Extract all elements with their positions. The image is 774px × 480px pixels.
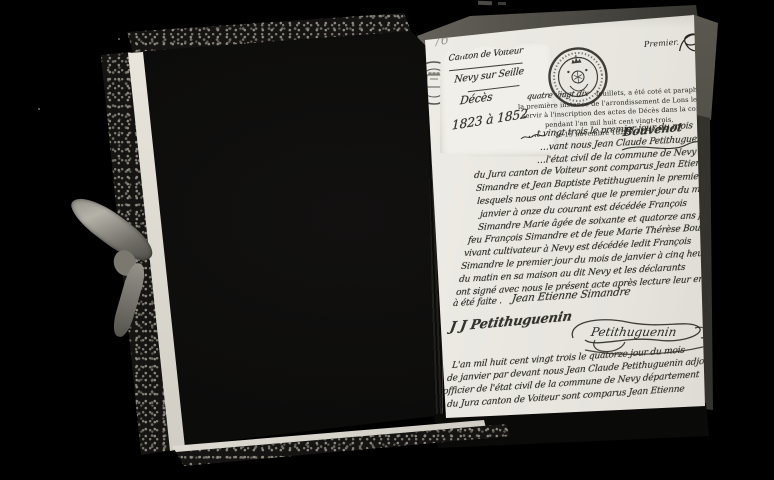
slip-line-years: 1823 à 1852: [452, 105, 528, 132]
act-one-closing: à été faite .: [453, 296, 503, 309]
official-signature-left: J J Petithuguenin: [449, 309, 573, 335]
slip-underline: [468, 85, 520, 92]
dust-speck: [38, 108, 40, 110]
paper-speck: [498, 2, 506, 5]
slip-line-canton: Canton de Voiteur: [448, 46, 523, 64]
paper-speck: [478, 1, 492, 5]
scanned-register-photo: 76 Canton de Voiteur Nevy sur Seille Déc…: [0, 0, 774, 480]
slip-line-deces: Décès: [459, 90, 493, 107]
dust-speck: [118, 38, 120, 40]
folio-label: Premier.: [644, 38, 680, 49]
official-signature-right: Petithuguenin: [589, 325, 678, 339]
